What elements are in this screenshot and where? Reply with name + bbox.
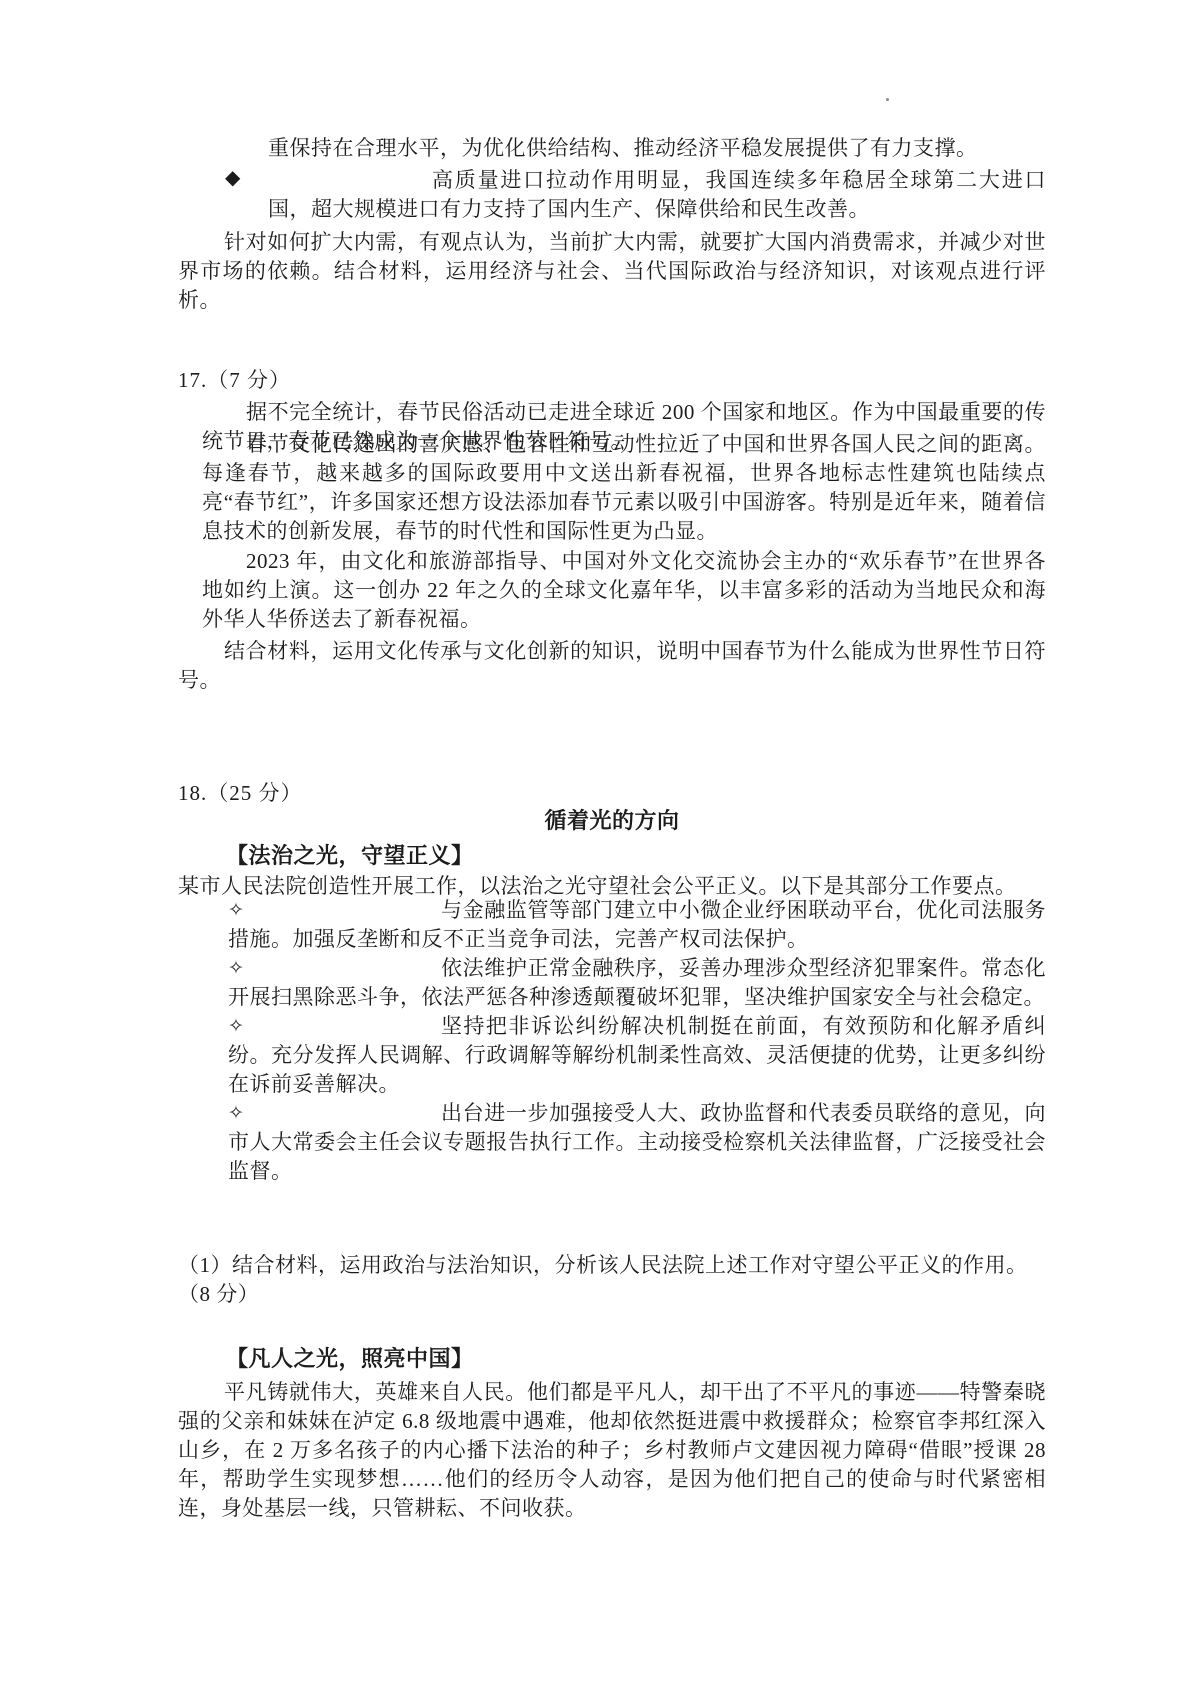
worklist-item-text: 出台进一步加强接受人大、政协监督和代表委员联络的意见，向市人大常委会主任会议专题… — [228, 1101, 1046, 1183]
q17-material-paragraph-2: 春节文化传递出的喜庆感、包容性和互动性拉近了中国和世界各国人民之间的距离。每逢春… — [178, 430, 1046, 546]
open-diamond-bullet-icon: ✧ — [228, 954, 244, 983]
q18-worklist: ✧与金融监管等部门建立中小微企业纾困联动平台，优化司法服务措施。加强反垄断和反不… — [178, 896, 1046, 1186]
open-diamond-bullet-icon: ✧ — [228, 1012, 244, 1041]
q16-bullet-text: 高质量进口拉动作用明显，我国连续多年稳居全球第二大进口国，超大规模进口有力支持了… — [268, 168, 1046, 221]
q18-section2-paragraph: 平凡铸就伟大，英雄来自人民。他们都是平凡人，却干出了不平凡的事迹——特警秦晓强的… — [178, 1378, 1046, 1523]
q18-section1-header: 【法治之光，守望正义】 — [178, 841, 1046, 870]
q17-question-stem: 结合材料，运用文化传承与文化创新的知识，说明中国春节为什么能成为世界性节日符号。 — [178, 637, 1046, 695]
q16-bullet-item: ◆高质量进口拉动作用明显，我国连续多年稳居全球第二大进口国，超大规模进口有力支持… — [178, 166, 1046, 224]
list-item: ✧与金融监管等部门建立中小微企业纾困联动平台，优化司法服务措施。加强反垄断和反不… — [178, 896, 1046, 954]
worklist-item-text: 依法维护正常金融秩序，妥善办理涉众型经济犯罪案件。常态化开展扫黑除恶斗争，依法严… — [228, 956, 1046, 1009]
q16-bullet1-continuation-line: 重保持在合理水平，为优化供给结构、推动经济平稳发展提供了有力支撑。 — [178, 134, 1046, 163]
exam-page: 重保持在合理水平，为优化供给结构、推动经济平稳发展提供了有力支撑。 ◆高质量进口… — [0, 0, 1200, 1698]
worklist-item-text: 坚持把非诉讼纠纷解决机制挺在前面，有效预防和化解矛盾纠纷。充分发挥人民调解、行政… — [228, 1014, 1046, 1096]
worklist-item-text: 与金融监管等部门建立中小微企业纾困联动平台，优化司法服务措施。加强反垄断和反不正… — [228, 898, 1046, 951]
q18-number: 18.（25 分） — [178, 779, 1046, 808]
filled-diamond-bullet-icon: ◆ — [225, 164, 241, 193]
stray-dot-mark — [886, 98, 889, 101]
q18-material-title: 循着光的方向 — [178, 806, 1046, 835]
list-item: ✧出台进一步加强接受人大、政协监督和代表委员联络的意见，向市人大常委会主任会议专… — [178, 1099, 1046, 1186]
open-diamond-bullet-icon: ✧ — [228, 896, 244, 925]
list-item: ✧依法维护正常金融秩序，妥善办理涉众型经济犯罪案件。常态化开展扫黑除恶斗争，依法… — [178, 954, 1046, 1012]
open-diamond-bullet-icon: ✧ — [228, 1099, 244, 1128]
q17-material-paragraph-3: 2023 年，由文化和旅游部指导、中国对外文化交流协会主办的“欢乐春节”在世界各… — [178, 547, 1046, 634]
q16-question-stem: 针对如何扩大内需，有观点认为，当前扩大内需，就要扩大国内消费需求，并减少对世界市… — [178, 228, 1046, 315]
q18-section2-header: 【凡人之光，照亮中国】 — [178, 1344, 1046, 1373]
q18-sub-question-1: （1）结合材料，运用政治与法治知识，分析该人民法院上述工作对守望公平正义的作用。… — [178, 1251, 1046, 1309]
q17-number: 17.（7 分） — [178, 366, 1046, 395]
list-item: ✧坚持把非诉讼纠纷解决机制挺在前面，有效预防和化解矛盾纠纷。充分发挥人民调解、行… — [178, 1012, 1046, 1099]
